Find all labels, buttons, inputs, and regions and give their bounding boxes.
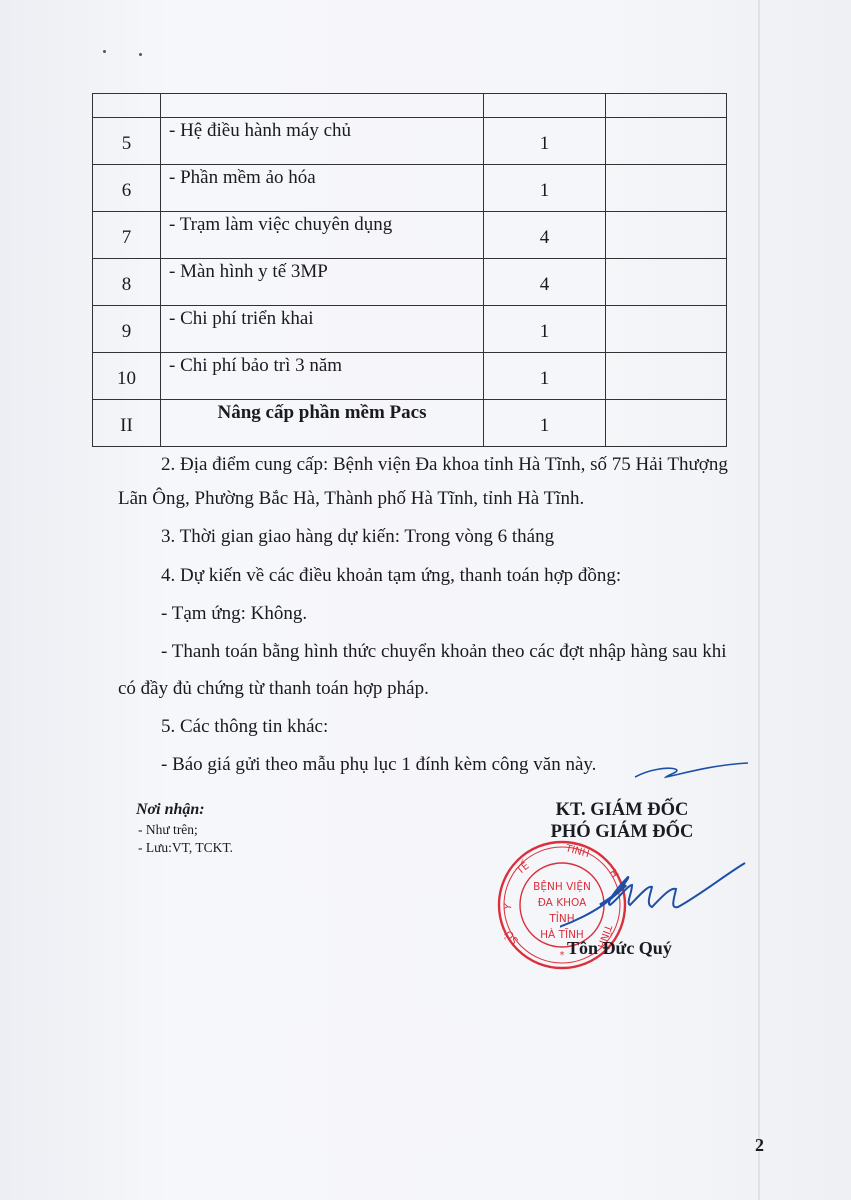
initial-flourish-mark	[630, 755, 750, 785]
table-cell	[161, 94, 484, 118]
item-name: - Phần mềm ảo hóa	[161, 167, 483, 189]
table-row-section: II Nâng cấp phần mềm Pacs 1	[93, 400, 727, 447]
paragraph-delivery-location: 2. Địa điểm cung cấp: Bệnh viện Đa khoa …	[161, 454, 728, 476]
item-quantity: 4	[484, 227, 605, 249]
item-name: - Hệ điều hành máy chủ	[161, 120, 483, 142]
item-quantity: 1	[484, 321, 605, 343]
item-quantity: 1	[484, 368, 605, 390]
signature-title-line1: KT. GIÁM ĐỐC	[502, 800, 742, 821]
item-note	[606, 306, 727, 353]
table-row: 7 - Trạm làm việc chuyên dụng 4	[93, 212, 727, 259]
item-quantity: 4	[484, 274, 605, 296]
paragraph-delivery-time: 3. Thời gian giao hàng dự kiến: Trong vò…	[161, 526, 554, 548]
row-number: 6	[93, 180, 160, 202]
item-name: - Chi phí bảo trì 3 năm	[161, 355, 483, 377]
paragraph-payment-method-cont: có đầy đủ chứng từ thanh toán hợp pháp.	[118, 678, 429, 700]
page-number: 2	[755, 1135, 764, 1156]
scan-fold-line	[758, 0, 760, 1200]
item-note	[606, 118, 727, 165]
paragraph-advance: - Tạm ứng: Không.	[161, 603, 307, 625]
item-note	[606, 353, 727, 400]
item-note	[606, 165, 727, 212]
table-cell	[606, 94, 727, 118]
row-number: 9	[93, 321, 160, 343]
scan-speck	[103, 50, 106, 53]
item-quantity: 1	[484, 133, 605, 155]
item-name: - Trạm làm việc chuyên dụng	[161, 214, 483, 236]
row-number: 7	[93, 227, 160, 249]
row-number: 8	[93, 274, 160, 296]
section-name: Nâng cấp phần mềm Pacs	[161, 402, 483, 424]
paragraph-other-info: 5. Các thông tin khác:	[161, 716, 328, 738]
table-row	[93, 94, 727, 118]
signer-name: Tôn Đức Quý	[567, 938, 672, 959]
paragraph-payment-terms: 4. Dự kiến về các điều khoản tạm ứng, th…	[161, 565, 621, 587]
table-row: 6 - Phần mềm ảo hóa 1	[93, 165, 727, 212]
paragraph-payment-method: - Thanh toán bằng hình thức chuyển khoản…	[161, 641, 727, 663]
item-name: - Chi phí triển khai	[161, 308, 483, 330]
recipient-item: - Lưu:VT, TCKT.	[138, 840, 233, 856]
table-cell	[93, 94, 161, 118]
section-number: II	[93, 415, 160, 437]
table-row: 10 - Chi phí bảo trì 3 năm 1	[93, 353, 727, 400]
svg-text:TẾ: TẾ	[512, 858, 532, 878]
scan-speck	[139, 53, 142, 56]
item-note	[606, 259, 727, 306]
paragraph-quote-note: - Báo giá gửi theo mẫu phụ lục 1 đính kè…	[161, 754, 596, 776]
equipment-table: 5 - Hệ điều hành máy chủ 1 6 - Phần mềm …	[92, 93, 727, 447]
item-quantity: 1	[484, 415, 605, 437]
recipients-title: Nơi nhận:	[136, 801, 205, 819]
table-row: 5 - Hệ điều hành máy chủ 1	[93, 118, 727, 165]
table-cell	[484, 94, 606, 118]
table-row: 8 - Màn hình y tế 3MP 4	[93, 259, 727, 306]
row-number: 10	[93, 368, 160, 390]
item-quantity: 1	[484, 180, 605, 202]
item-name: - Màn hình y tế 3MP	[161, 261, 483, 283]
item-note	[606, 400, 727, 447]
recipient-item: - Như trên;	[138, 822, 198, 838]
paragraph-delivery-location-cont: Lãn Ông, Phường Bắc Hà, Thành phố Hà Tĩn…	[118, 488, 584, 510]
item-note	[606, 212, 727, 259]
table-row: 9 - Chi phí triển khai 1	[93, 306, 727, 353]
row-number: 5	[93, 133, 160, 155]
